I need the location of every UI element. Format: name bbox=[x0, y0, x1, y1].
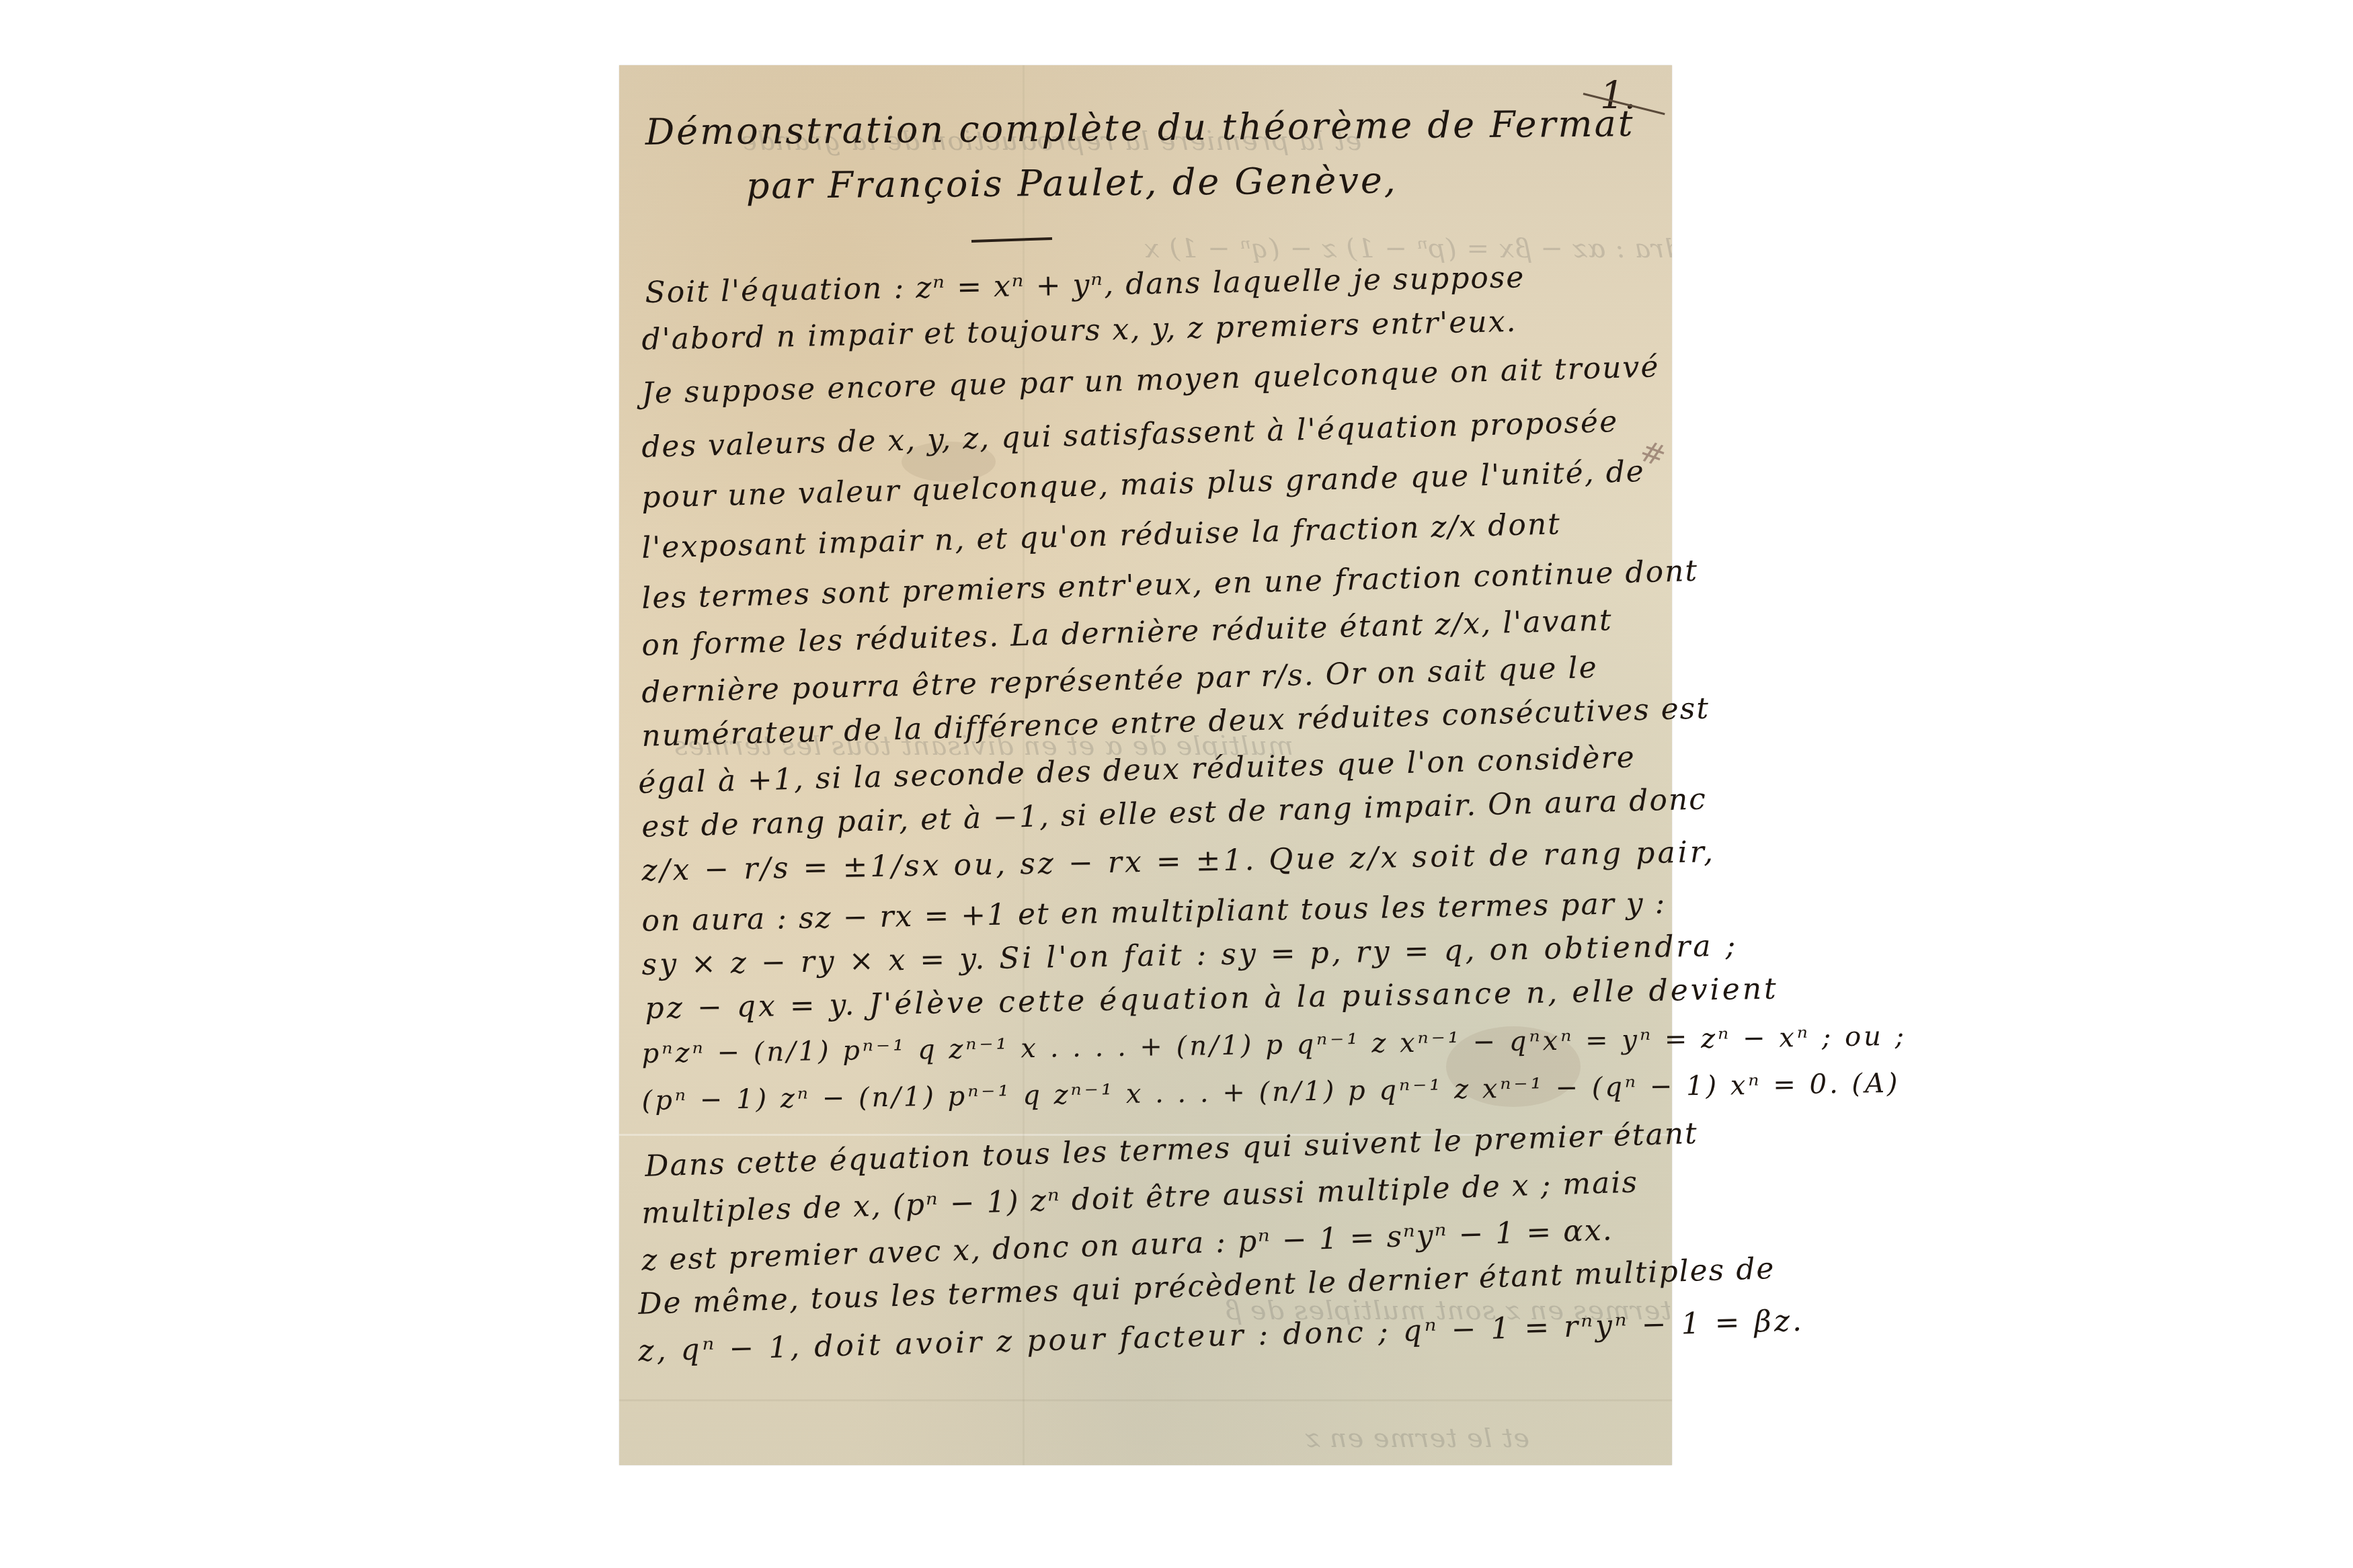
title-line-2: par François Paulet, de Genève, bbox=[746, 159, 1398, 207]
paper-fold-line bbox=[619, 1399, 1672, 1401]
title-line-1: Démonstration complète du théorème de Fe… bbox=[645, 102, 1634, 153]
bleed-through-text: et le terme en z bbox=[1305, 1423, 1529, 1454]
bleed-through-text: on obtiendra : αz − βx = (pⁿ − 1) z − (q… bbox=[1144, 233, 1672, 264]
